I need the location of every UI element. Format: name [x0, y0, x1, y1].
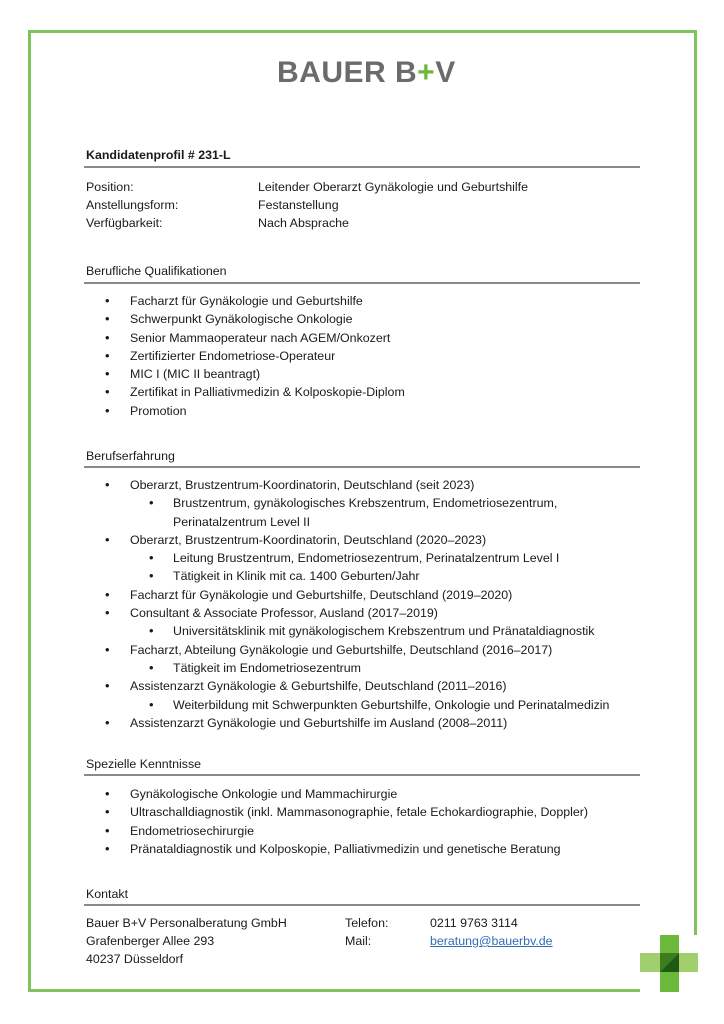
availability-label: Verfügbarkeit: [86, 216, 162, 230]
skills-list: Gynäkologische Onkologie und Mammachirur… [0, 785, 588, 858]
frame-border-right [694, 30, 697, 935]
frame-border-top [28, 30, 697, 33]
contact-company: Bauer B+V Personalberatung GmbH [86, 916, 287, 930]
experience-item: Consultant & Associate Professor, Auslan… [0, 604, 609, 622]
experience-title: Berufserfahrung [86, 449, 175, 463]
experience-item: Universitätsklinik mit gynäkologischem K… [0, 622, 609, 640]
company-logo: BAUER B+V [277, 57, 449, 89]
frame-border-bottom [28, 989, 640, 992]
experience-item: Tätigkeit in Klinik mit ca. 1400 Geburte… [0, 567, 609, 585]
qualification-item: Facharzt für Gynäkologie und Geburtshilf… [0, 292, 405, 310]
qualification-item: Zertifizierter Endometriose-Operateur [0, 347, 405, 365]
qualification-item: Senior Mammaoperateur nach AGEM/Onkozert [0, 329, 405, 347]
contact-city: 40237 Düsseldorf [86, 952, 183, 966]
experience-item: Leitung Brustzentrum, Endometriosezentru… [0, 549, 609, 567]
logo-text-right: V [435, 56, 456, 89]
experience-item: Assistenzarzt Gynäkologie und Geburtshil… [0, 714, 609, 732]
profile-divider [84, 166, 640, 168]
qualifications-title: Berufliche Qualifikationen [86, 264, 227, 278]
experience-item: Perinatalzentrum Level II [0, 513, 609, 531]
profile-title: Kandidatenprofil # 231-L [86, 148, 231, 162]
contact-street: Grafenberger Allee 293 [86, 934, 214, 948]
phone-label: Telefon: [345, 916, 388, 930]
experience-item: Weiterbildung mit Schwerpunkten Geburtsh… [0, 696, 609, 714]
qualifications-divider [84, 282, 640, 284]
experience-item: Tätigkeit im Endometriosezentrum [0, 659, 609, 677]
experience-item: Oberarzt, Brustzentrum-Koordinatorin, De… [0, 476, 609, 494]
experience-item: Assistenzarzt Gynäkologie & Geburtshilfe… [0, 677, 609, 695]
cross-center [660, 953, 679, 972]
skills-divider [84, 774, 640, 776]
qualification-item: Schwerpunkt Gynäkologische Onkologie [0, 310, 405, 328]
logo-text-left: BAUER B [277, 56, 417, 89]
green-cross-icon [640, 935, 698, 992]
qualification-item: Promotion [0, 402, 405, 420]
qualifications-list: Facharzt für Gynäkologie und Geburtshilf… [0, 292, 405, 420]
experience-item: Brustzentrum, gynäkologisches Krebszentr… [0, 494, 609, 512]
experience-divider [84, 466, 640, 468]
skill-item: Endometriosechirurgie [0, 822, 588, 840]
experience-item: Oberarzt, Brustzentrum-Koordinatorin, De… [0, 531, 609, 549]
employment-value: Festanstellung [258, 198, 339, 212]
skills-title: Spezielle Kenntnisse [86, 757, 201, 771]
contact-title: Kontakt [86, 887, 128, 901]
skill-item: Ultraschalldiagnostik (inkl. Mammasonogr… [0, 803, 588, 821]
logo-plus-icon: + [417, 56, 435, 89]
mail-link[interactable]: beratung@bauerbv.de [430, 934, 553, 948]
skill-item: Pränataldiagnostik und Kolposkopie, Pall… [0, 840, 588, 858]
employment-label: Anstellungsform: [86, 198, 178, 212]
phone-value: 0211 9763 3114 [430, 916, 518, 930]
position-value: Leitender Oberarzt Gynäkologie und Gebur… [258, 180, 528, 194]
qualification-item: Zertifikat in Palliativmedizin & Kolposk… [0, 383, 405, 401]
availability-value: Nach Absprache [258, 216, 349, 230]
mail-label: Mail: [345, 934, 371, 948]
experience-item: Facharzt für Gynäkologie und Geburtshilf… [0, 586, 609, 604]
experience-list: Oberarzt, Brustzentrum-Koordinatorin, De… [0, 476, 609, 732]
experience-item: Facharzt, Abteilung Gynäkologie und Gebu… [0, 641, 609, 659]
position-label: Position: [86, 180, 134, 194]
qualification-item: MIC I (MIC II beantragt) [0, 365, 405, 383]
contact-divider [84, 904, 640, 906]
skill-item: Gynäkologische Onkologie und Mammachirur… [0, 785, 588, 803]
